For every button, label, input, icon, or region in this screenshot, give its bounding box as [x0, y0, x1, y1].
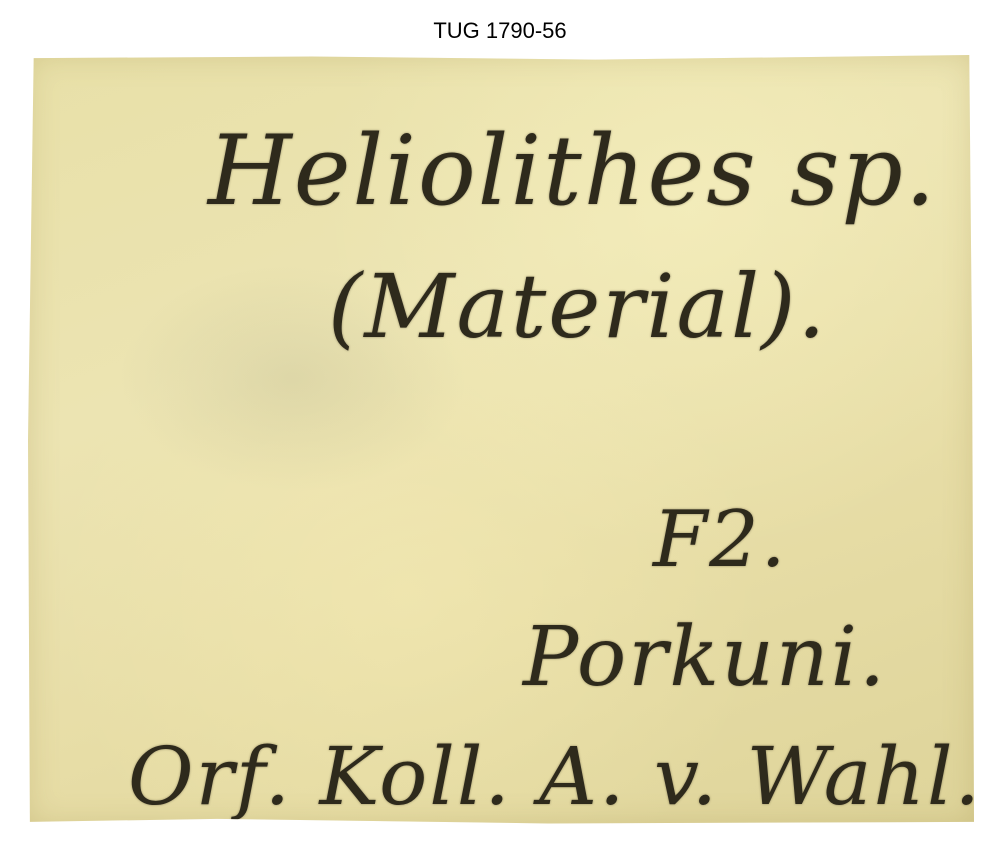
handwritten-specimen-label: Heliolithes sp. (Material). F2. Porkuni.… [28, 55, 974, 825]
specimen-id-caption: TUG 1790-56 [0, 18, 1000, 44]
material-note-line: (Material). [328, 255, 827, 358]
stratigraphic-unit-line: F2. [653, 495, 788, 585]
collection-line: Orf. Koll. A. v. Wahl. [128, 730, 982, 823]
locality-line: Porkuni. [523, 610, 887, 705]
taxon-name-line: Heliolithes sp. [208, 115, 937, 227]
